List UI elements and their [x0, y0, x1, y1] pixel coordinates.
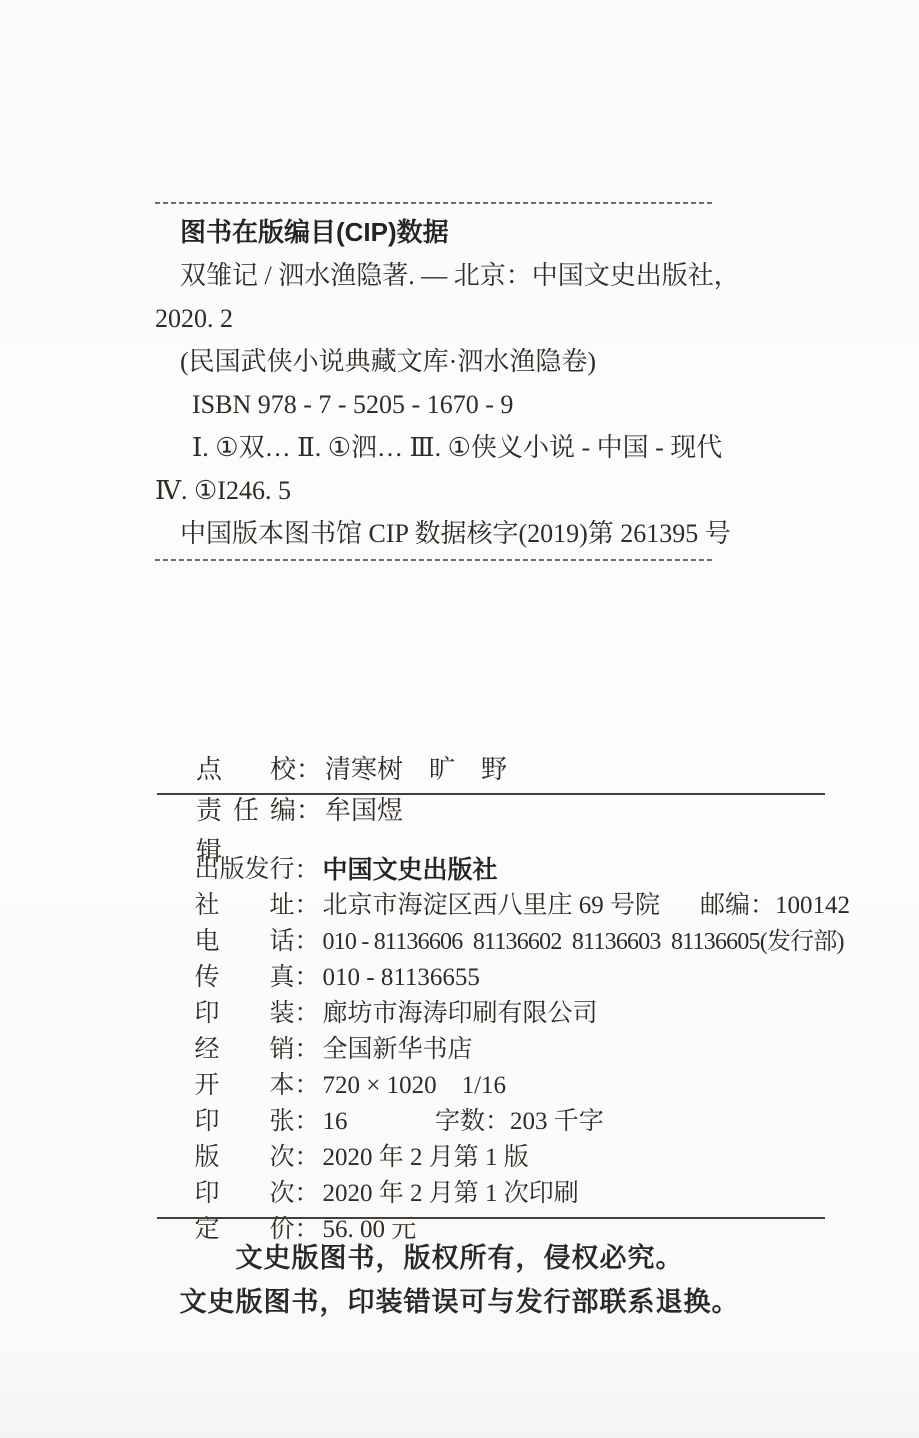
proofreaders-row: 点校：清寒树 旷 野: [157, 708, 837, 749]
field-label: 出版发行: [195, 852, 295, 888]
field-colon: ：: [295, 857, 320, 884]
field-value: 2020 年 2 月第 1 次印刷: [323, 1180, 579, 1207]
cip-line-classification-2: Ⅳ. ①I246. 5: [155, 469, 775, 512]
field-value: 全国新华书店: [323, 1036, 473, 1063]
field-value: 16: [323, 1108, 348, 1135]
cip-line-year: 2020. 2: [155, 297, 775, 340]
field-label: 点校: [196, 749, 296, 790]
copyright-page: 图书在版编目(CIP)数据 双雏记 / 泗水渔隐著. — 北京：中国文史出版社，…: [0, 0, 919, 1438]
field-value: 010 - 81136606 81136602 81136603 8113660…: [323, 929, 844, 955]
postcode-value: 100142: [775, 892, 850, 919]
solid-divider-top: [157, 793, 825, 795]
field-value: 北京市海淀区西八里庄 69 号院: [323, 892, 661, 919]
field-label: 印装: [195, 996, 295, 1032]
wordcount-label: 字数：: [435, 1108, 510, 1135]
field-value: 清寒树 旷 野: [325, 755, 507, 784]
field-colon: ：: [295, 1072, 320, 1099]
field-label: 印张: [195, 1104, 295, 1140]
field-label: 印次: [195, 1176, 295, 1212]
cip-line-classification-1: Ⅰ. ①双… Ⅱ. ①泗… Ⅲ. ①侠义小说 - 中国 - 现代: [155, 426, 775, 469]
cip-line-title-author: 双雏记 / 泗水渔隐著. — 北京：中国文史出版社，: [155, 254, 775, 297]
postcode-label: 邮编：: [700, 892, 775, 919]
cip-title: 图书在版编目(CIP)数据: [155, 211, 775, 254]
field-colon: ：: [295, 1108, 320, 1135]
field-colon: ：: [295, 1180, 320, 1207]
cip-line-isbn: ISBN 978 - 7 - 5205 - 1670 - 9: [155, 383, 775, 426]
field-value: 010 - 81136655: [323, 964, 480, 991]
field-colon: ：: [296, 755, 322, 784]
wordcount-value: 203 千字: [510, 1108, 604, 1135]
editors-block: 点校：清寒树 旷 野 责任编辑：牟国煜: [157, 708, 837, 790]
field-label: 传真: [195, 960, 295, 996]
field-colon: ：: [295, 928, 320, 955]
cip-line-record-number: 中国版本图书馆 CIP 数据核字(2019)第 261395 号: [155, 512, 775, 555]
field-label: 版次: [195, 1140, 295, 1176]
field-value: 中国文史出版社: [323, 856, 498, 884]
field-value: 廊坊市海涛印刷有限公司: [323, 1000, 598, 1027]
field-label: 开本: [195, 1068, 295, 1104]
colophon-block: 出版发行：中国文史出版社 社址：北京市海淀区西八里庄 69 号院邮编：10014…: [157, 816, 877, 1212]
publisher-row: 出版发行：中国文史出版社: [157, 816, 877, 852]
cip-line-series: (民国武侠小说典藏文库·泗水渔隐卷): [155, 340, 775, 383]
field-label: 电话: [195, 924, 295, 960]
returns-notice: 文史版图书，印装错误可与发行部联系退换。: [0, 1280, 919, 1319]
dashed-divider-bottom: [155, 559, 713, 561]
field-value: 2020 年 2 月第 1 版: [323, 1144, 529, 1171]
field-colon: ：: [295, 964, 320, 991]
field-label: 社址: [195, 888, 295, 924]
field-colon: ：: [295, 1000, 320, 1027]
field-colon: ：: [295, 1036, 320, 1063]
solid-divider-bottom: [157, 1217, 825, 1219]
dashed-divider-top: [155, 202, 713, 204]
field-colon: ：: [295, 892, 320, 919]
copyright-notice: 文史版图书，版权所有，侵权必究。: [0, 1236, 919, 1275]
field-value: 720 × 1020 1/16: [323, 1072, 507, 1099]
field-label: 经销: [195, 1032, 295, 1068]
cip-data-block: 图书在版编目(CIP)数据 双雏记 / 泗水渔隐著. — 北京：中国文史出版社，…: [155, 211, 775, 555]
field-colon: ：: [295, 1144, 320, 1171]
